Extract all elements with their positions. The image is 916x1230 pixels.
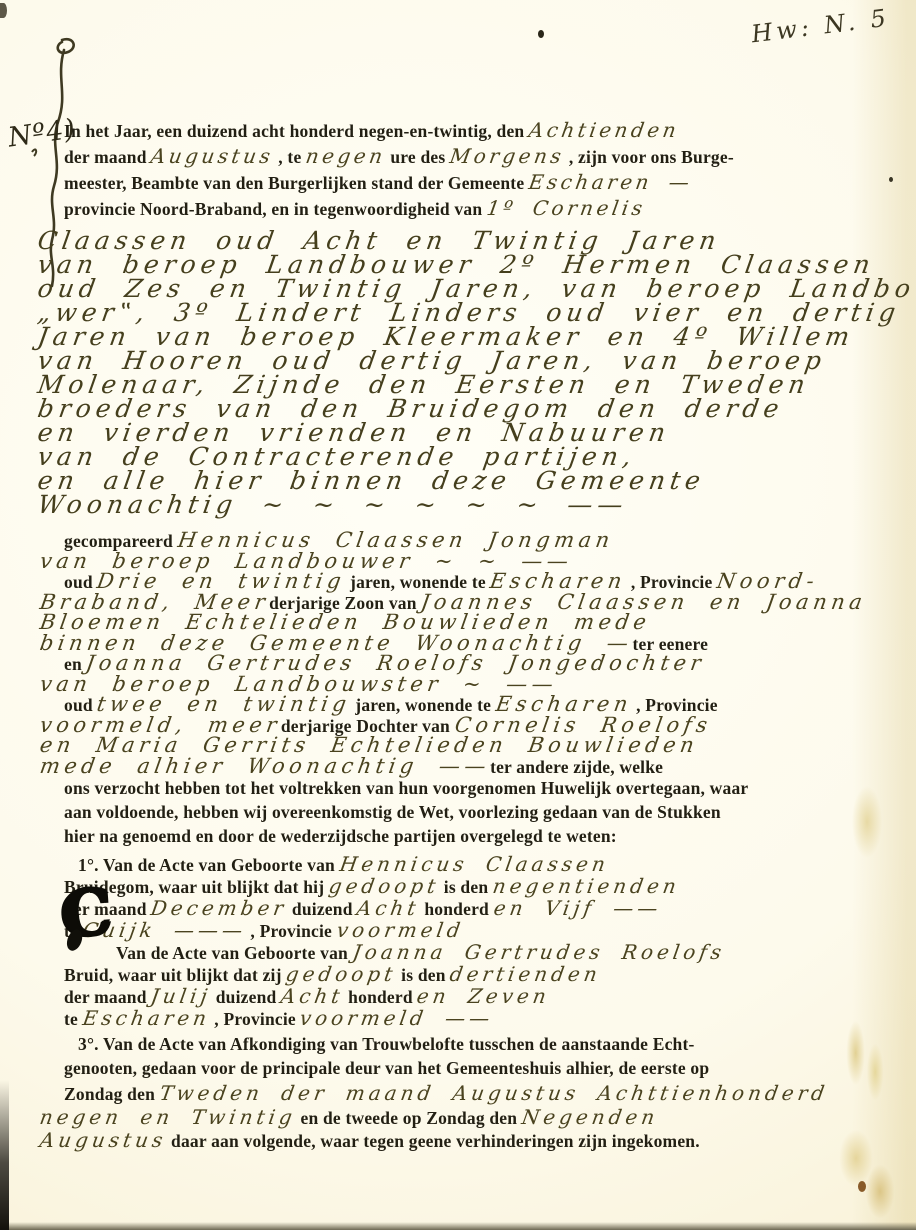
printed-text: hier na genoemd en door de wederzijdsche… xyxy=(64,826,617,846)
printed-text: , Provincie xyxy=(626,572,717,592)
printed-text: ure des xyxy=(386,147,450,167)
printed-text: jaren, wonende te xyxy=(351,695,496,715)
handwritten-text: en Maria Gerrits Echtelieden Bouwlieden xyxy=(38,735,700,756)
printed-text: gecompareerd xyxy=(64,531,178,551)
text-line: Augustus daar aan volgende, waar tegen g… xyxy=(40,1130,890,1154)
text-line: „wer‟, 3º Lindert Linders oud vier en de… xyxy=(38,300,890,324)
printed-text: Van de Acte van Geboorte van xyxy=(116,943,353,963)
printed-text: , Provincie xyxy=(210,1009,301,1029)
handwritten-text: negen xyxy=(304,146,387,166)
printed-text: honderd xyxy=(420,899,494,919)
handwritten-text: Joanna Gertrudes Roelofs xyxy=(351,942,726,962)
printed-text: te xyxy=(64,1009,83,1029)
handwritten-text: Acht xyxy=(356,898,422,918)
paper-stain xyxy=(538,30,544,38)
text-line: oud Drie en twintig jaren, wonende te Es… xyxy=(64,571,890,592)
handwritten-text: Achtienden xyxy=(527,120,680,140)
text-line: Bloemen Echtelieden Bouwlieden mede xyxy=(40,612,890,633)
handwritten-text: twee en twintig xyxy=(96,694,353,715)
handwritten-text: negentienden xyxy=(491,876,681,896)
top-right-handwritten-note: Hw: N. 5 xyxy=(750,4,892,49)
handwritten-text: gedoopt xyxy=(327,876,441,896)
handwritten-text: Escharen xyxy=(81,1008,211,1028)
handwritten-text: Joanna Gertrudes Roelofs Jongedochter xyxy=(85,653,707,674)
text-line: 3°. Van de Acte van Afkondiging van Trou… xyxy=(78,1036,890,1060)
paper-stain xyxy=(0,3,7,18)
handwritten-text: dertienden xyxy=(449,964,603,984)
printed-text: 1°. Van de Acte van Geboorte van xyxy=(78,855,340,875)
section-witnesses: Claassen oud Acht en Twintig Jarenvan be… xyxy=(38,228,890,516)
handwritten-text: Negenden xyxy=(520,1107,660,1127)
text-line: gecompareerd Hennicus Claassen Jongman xyxy=(64,530,890,551)
text-line: der maand Augustus , te negen ure des Mo… xyxy=(64,146,890,172)
text-line: Bruid, waar uit blijkt dat zij gedoopt i… xyxy=(64,964,890,986)
text-line: van beroep Landbouwster ~ —— xyxy=(40,674,890,695)
text-line: binnen deze Gemeente Woonachtig — ter ee… xyxy=(40,633,890,654)
printed-text: daar aan volgende, waar tegen geene verh… xyxy=(166,1131,699,1151)
handwritten-text: Hennicus Claassen Jongman xyxy=(176,530,615,551)
text-line: meester, Beambte van den Burgerlijken st… xyxy=(64,172,890,198)
text-line: 1°. Van de Acte van Geboorte van Hennicu… xyxy=(78,854,890,876)
handwritten-text: Woonachtig ~ ~ ~ ~ ~ ~ —— xyxy=(36,492,630,517)
text-line: Van de Acte van Geboorte van Joanna Gert… xyxy=(116,942,890,964)
scan-left-edge-shadow xyxy=(0,1080,9,1230)
printed-text: Zondag den xyxy=(64,1084,160,1104)
printed-text: In het Jaar, een duizend acht honderd ne… xyxy=(64,121,529,141)
scanned-document-page: Hw: N. 5 Nº4) In het Jaar, een duizend a… xyxy=(0,0,916,1230)
handwritten-text: Tweden der maand Augustus Achttienhonder… xyxy=(158,1083,829,1103)
printed-text: oud xyxy=(64,572,97,592)
printed-text: 3°. Van de Acte van Afkondiging van Trou… xyxy=(78,1034,695,1054)
printed-text: aan voldoende, hebben wij overeenkomstig… xyxy=(64,802,721,822)
section-request: ons verzocht hebben tot het voltrekken v… xyxy=(64,780,890,852)
text-line: te Cuijk ——— , Provincie voormeld xyxy=(64,920,890,942)
printed-text: provincie Noord-Braband, en in tegenwoor… xyxy=(64,199,487,219)
handwritten-text: Escharen xyxy=(494,694,633,715)
printed-text: duizend xyxy=(287,899,357,919)
handwritten-text: December xyxy=(150,898,289,918)
handwritten-text: negen en Twintig xyxy=(38,1107,297,1127)
paper-stain xyxy=(858,1181,866,1192)
printed-text: , Provincie xyxy=(246,921,337,941)
text-line: Zondag den Tweden der maand Augustus Ach… xyxy=(64,1083,890,1107)
handwritten-text: voormeld —— xyxy=(299,1008,495,1028)
printed-text: meester, Beambte van den Burgerlijken st… xyxy=(64,173,529,193)
printed-text: der maand xyxy=(64,147,151,167)
section-birth-acts: 1°. Van de Acte van Geboorte van Hennicu… xyxy=(64,854,890,1030)
handwritten-text: Bloemen Echtelieden Bouwlieden mede xyxy=(38,612,652,633)
handwritten-text: mede alhier Woonachtig —— xyxy=(38,756,491,777)
handwritten-text: voormeld xyxy=(335,920,465,940)
printed-text: Bruid, waar uit blijkt dat zij xyxy=(64,965,286,985)
text-line: der maand Julij duizend Acht honderd en … xyxy=(64,986,890,1008)
handwritten-text: Escharen xyxy=(489,571,628,592)
text-line: Woonachtig ~ ~ ~ ~ ~ ~ —— xyxy=(38,492,890,516)
handwritten-text: gedoopt xyxy=(285,964,399,984)
handwritten-text: Hennicus Claassen xyxy=(338,854,610,874)
printed-text: jaren, wonende te xyxy=(345,572,490,592)
text-line: In het Jaar, een duizend acht honderd ne… xyxy=(64,120,890,146)
section-banns: 3°. Van de Acte van Afkondiging van Trou… xyxy=(64,1036,890,1154)
text-line: oud Zes en Twintig Jaren, van beroep Lan… xyxy=(38,276,890,300)
text-line: Braband, Meerderjarige Zoon van Joannes … xyxy=(40,592,890,613)
text-line: genooten, gedaan voor de principale deur… xyxy=(64,1060,890,1084)
printed-text: oud xyxy=(64,695,97,715)
printed-text: is den xyxy=(397,965,451,985)
text-line: en Joanna Gertrudes Roelofs Jongedochter xyxy=(64,653,890,674)
printed-text: honderd xyxy=(344,987,418,1007)
text-line: van Hooren oud dertig Jaren, van beroep xyxy=(38,348,890,372)
printed-text: ons verzocht hebben tot het voltrekken v… xyxy=(64,778,748,798)
section-opening: In het Jaar, een duizend acht honderd ne… xyxy=(64,120,890,224)
ink-blot-tail xyxy=(64,927,85,953)
handwritten-text: Escharen — xyxy=(527,172,694,192)
handwritten-text: Augustus xyxy=(38,1130,168,1150)
section-parties: gecompareerd Hennicus Claassen Jongmanva… xyxy=(64,530,890,776)
handwritten-text: Acht xyxy=(279,986,345,1006)
printed-text: en xyxy=(64,654,86,674)
ink-blot: C xyxy=(58,880,123,954)
text-line: van de Contracterende partijen, xyxy=(38,444,890,468)
handwritten-text: Drie en twintig xyxy=(96,571,347,592)
handwritten-text: Morgens xyxy=(448,146,566,166)
text-line: negen en Twintig en de tweede op Zondag … xyxy=(40,1107,890,1131)
text-line: en alle hier binnen deze Gemeente xyxy=(38,468,890,492)
text-line: provincie Noord-Braband, en in tegenwoor… xyxy=(64,198,890,224)
printed-text: , zijn voor ons Burge- xyxy=(564,147,734,167)
text-line: Molenaar, Zijnde den Eersten en Tweden xyxy=(38,372,890,396)
scan-bottom-edge xyxy=(0,1222,916,1230)
text-line: hier na genoemd en door de wederzijdsche… xyxy=(64,828,890,852)
printed-text: is den xyxy=(439,877,493,897)
text-line: van beroep Landbouwer ~ ~ —— xyxy=(40,551,890,572)
handwritten-text: Julij xyxy=(150,986,213,1006)
text-line: en Maria Gerrits Echtelieden Bouwlieden xyxy=(40,735,890,756)
text-line: ons verzocht hebben tot het voltrekken v… xyxy=(64,780,890,804)
printed-text: duizend xyxy=(211,987,281,1007)
handwritten-text: 1º Cornelis xyxy=(485,198,647,218)
handwritten-text: en Vijf —— xyxy=(492,898,663,918)
text-line: van beroep Landbouwer 2º Hermen Claassen xyxy=(38,252,890,276)
text-line: te Escharen , Provincie voormeld —— xyxy=(64,1008,890,1030)
text-line: aan voldoende, hebben wij overeenkomstig… xyxy=(64,804,890,828)
printed-text: , te xyxy=(274,147,306,167)
printed-text: genooten, gedaan voor de principale deur… xyxy=(64,1058,709,1078)
text-line: Jaren van beroep Kleermaker en 4º Willem xyxy=(38,324,890,348)
text-line: mede alhier Woonachtig —— ter andere zij… xyxy=(40,756,890,777)
handwritten-text: Noord- xyxy=(715,571,820,592)
text-line: der maand December duizend Acht honderd … xyxy=(64,898,890,920)
printed-text: , Provincie xyxy=(632,695,718,715)
text-line: voormeld, meerderjarige Dochter van Corn… xyxy=(40,715,890,736)
handwritten-text: Augustus xyxy=(150,146,276,166)
text-line: broeders van den Bruidegom den derde xyxy=(38,396,890,420)
printed-text: der maand xyxy=(64,987,151,1007)
text-line: Bruidegom, waar uit blijkt dat hij gedoo… xyxy=(64,876,890,898)
printed-text: ter andere zijde, welke xyxy=(490,757,663,777)
document-body: In het Jaar, een duizend acht honderd ne… xyxy=(64,120,890,1154)
text-line: Claassen oud Acht en Twintig Jaren xyxy=(38,228,890,252)
text-line: oud twee en twintig jaren, wonende te Es… xyxy=(64,694,890,715)
text-line: en vierden vrienden en Nabuuren xyxy=(38,420,890,444)
handwritten-text: en Zeven xyxy=(416,986,552,1006)
printed-text: en de tweede op Zondag den xyxy=(296,1108,522,1128)
